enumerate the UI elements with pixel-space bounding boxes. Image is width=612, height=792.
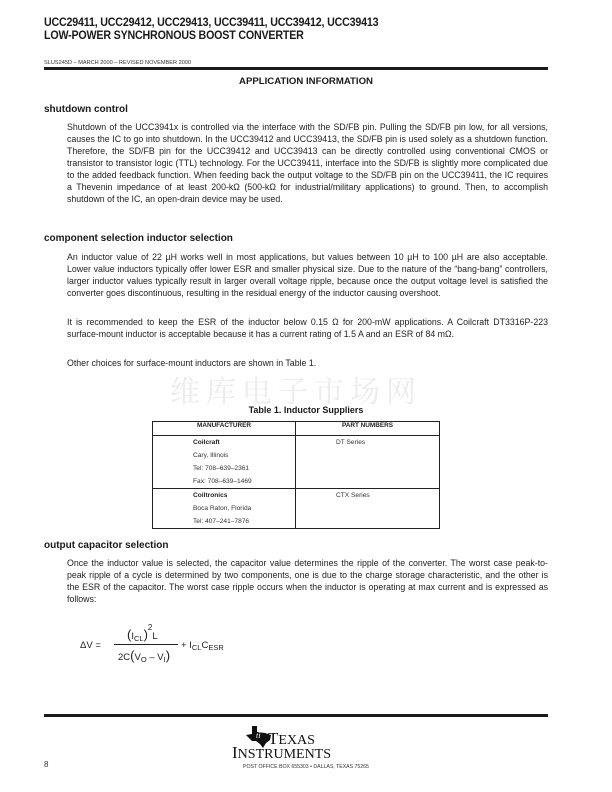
manufacturer-name: Coiltronics [193, 489, 295, 502]
equation-denominator: 2C(VO – VI) [118, 648, 170, 663]
manufacturer-location: Cary, Illinois [193, 449, 295, 462]
manufacturer-cell: Coilcraft Cary, Illinois Tel: 708–639–23… [153, 436, 296, 489]
manufacturer-location: Boca Raton, Florida [193, 502, 295, 515]
part-numbers-cell: DT Series [296, 436, 440, 489]
paragraph-inductor-value: An inductor value of 22 µH works well in… [67, 251, 548, 299]
footer-address: POST OFFICE BOX 655303 • DALLAS, TEXAS 7… [0, 764, 612, 770]
column-header-part-numbers: PART NUMBERS [296, 422, 440, 436]
table-caption: Table 1. Inductor Suppliers [0, 405, 612, 415]
manufacturer-phone: Tel: 407–241–7876 [193, 515, 295, 528]
table-row: Coiltronics Boca Raton, Florida Tel: 407… [153, 489, 440, 529]
part-numbers: CTX Series [336, 489, 439, 502]
title-part-numbers: UCC29411, UCC29412, UCC29413, UCC39411, … [44, 16, 378, 29]
section-banner: APPLICATION INFORMATION [0, 76, 612, 87]
texas-instruments-logo: ti TEXAS INSTRUMENTS [232, 726, 362, 762]
heading-shutdown-control: shutdown control [44, 104, 128, 115]
equation-esr-term: + ICLCESR [181, 640, 224, 651]
logo-text-instruments: INSTRUMENTS [232, 743, 331, 763]
manufacturer-cell: Coiltronics Boca Raton, Florida Tel: 407… [153, 489, 296, 529]
header-rule [44, 67, 548, 70]
title-product-name: LOW-POWER SYNCHRONOUS BOOST CONVERTER [44, 29, 378, 42]
paragraph-shutdown: Shutdown of the UCC3941x is controlled v… [67, 121, 548, 205]
document-number: SLUS245D – MARCH 2000 – REVISED NOVEMBER… [44, 60, 191, 66]
heading-inductor-selection: component selection inductor selection [44, 233, 233, 244]
column-header-manufacturer: MANUFACTURER [153, 422, 296, 436]
manufacturer-name: Coilcraft [193, 436, 295, 449]
document-title: UCC29411, UCC29412, UCC29413, UCC39411, … [44, 16, 378, 42]
inductor-suppliers-table: MANUFACTURER PART NUMBERS Coilcraft Cary… [152, 421, 440, 529]
part-numbers-cell: CTX Series [296, 489, 440, 529]
table-row: Coilcraft Cary, Illinois Tel: 708–639–23… [153, 436, 440, 489]
table-header-row: MANUFACTURER PART NUMBERS [153, 422, 440, 436]
manufacturer-fax: Fax: 708–639–1469 [193, 475, 295, 488]
manufacturer-phone: Tel: 708–639–2361 [193, 462, 295, 475]
equation-numerator: (ICL)2L [127, 627, 158, 642]
equation-lhs: ΔV = [80, 640, 101, 651]
footer-rule [44, 714, 548, 717]
svg-text:ti: ti [256, 731, 260, 740]
fraction-bar [114, 644, 178, 645]
page-number: 8 [44, 760, 48, 769]
paragraph-output-capacitor: Once the inductor value is selected, the… [67, 557, 548, 605]
heading-output-capacitor: output capacitor selection [44, 540, 168, 551]
paragraph-inductor-esr: It is recommended to keep the ESR of the… [67, 316, 548, 340]
part-numbers: DT Series [336, 436, 439, 449]
